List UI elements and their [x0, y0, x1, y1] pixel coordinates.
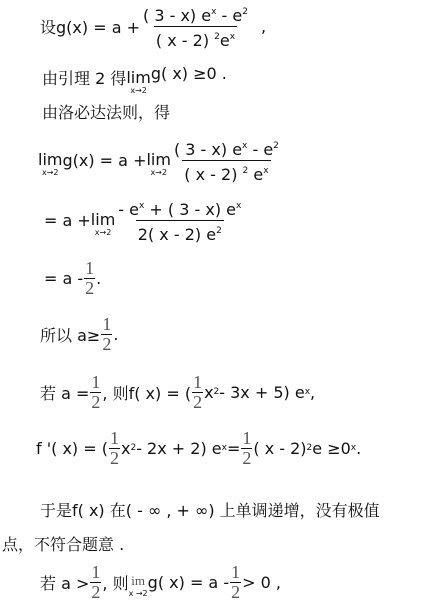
limit-fraction: ( 3 - x) ex - e2 ( x - 2) 2 ex: [172, 136, 281, 185]
case-a-equals-half-line: 若 a = 1 2 , 则f( x) = ( 1 2 x2 - 3x + 5) …: [40, 370, 315, 414]
half-fraction: 1 2: [101, 315, 112, 354]
half-fraction: 1 2: [90, 563, 101, 602]
derivative-limit-line: = a + lim x→2 - ex + ( 3 - x) ex 2( x - …: [44, 196, 244, 244]
g-fraction: ( 3 - x) ex - e2 ( x - 2) 2ex: [141, 2, 250, 51]
case-a-greater-half-line: 若 a > 1 2 , 则 im x →2 g( x) = a - 1 2 > …: [40, 560, 281, 604]
limit-operator: im x →2: [129, 573, 148, 599]
limit-g-line: lim x→2 g(x) = a + lim x→2 ( 3 - x) ex -…: [38, 136, 282, 184]
limit-operator: lim x→2: [38, 152, 62, 178]
g-numerator: ( 3 - x) ex - e2: [141, 2, 250, 26]
derivative-fraction: - ex + ( 3 - x) ex 2( x - 2) e2: [116, 196, 243, 245]
lemma-suffix: g( x) ≥0 .: [151, 64, 227, 83]
half-fraction: 1 2: [90, 373, 101, 412]
lemma-line: 由引理 2 得 lim x→2 g( x) ≥0 .: [42, 60, 227, 94]
limit-operator: lim x→2: [126, 70, 150, 96]
define-g-line: 设g(x) = a + ( 3 - x) ex - e2 ( x - 2) 2e…: [40, 4, 266, 48]
half-fraction: 1 2: [230, 563, 241, 602]
conclusion-line: 所以 a≥ 1 2 .: [40, 312, 118, 356]
limit-operator: lim x→2: [146, 152, 170, 178]
lhopital-text: 由洛必达法则，得: [42, 100, 170, 123]
half-fraction: 1 2: [109, 429, 120, 468]
derivative-f-line: f '( x) = ( 1 2 x2 - 2x + 2) ex = 1 2 ( …: [36, 426, 361, 470]
half-fraction: 1 2: [241, 429, 252, 468]
not-satisfy-line: 点，不符合题意 .: [2, 530, 124, 556]
limit-operator: lim x→2: [91, 212, 115, 238]
g-denominator: ( x - 2) 2ex: [154, 26, 237, 51]
define-g-suffix: ,: [261, 17, 266, 36]
half-fraction: 1 2: [192, 373, 203, 412]
lemma-prefix: 由引理 2 得: [42, 66, 126, 89]
lhopital-line: 由洛必达法则，得: [42, 98, 170, 124]
half-fraction: 1 2: [84, 259, 95, 298]
result-line: = a - 1 2 .: [44, 256, 101, 300]
define-g-prefix: 设g(x) = a +: [40, 15, 140, 38]
monotonic-line: 于是f( x) 在( - ∞ , + ∞) 上单调递增，没有极值: [40, 496, 380, 522]
